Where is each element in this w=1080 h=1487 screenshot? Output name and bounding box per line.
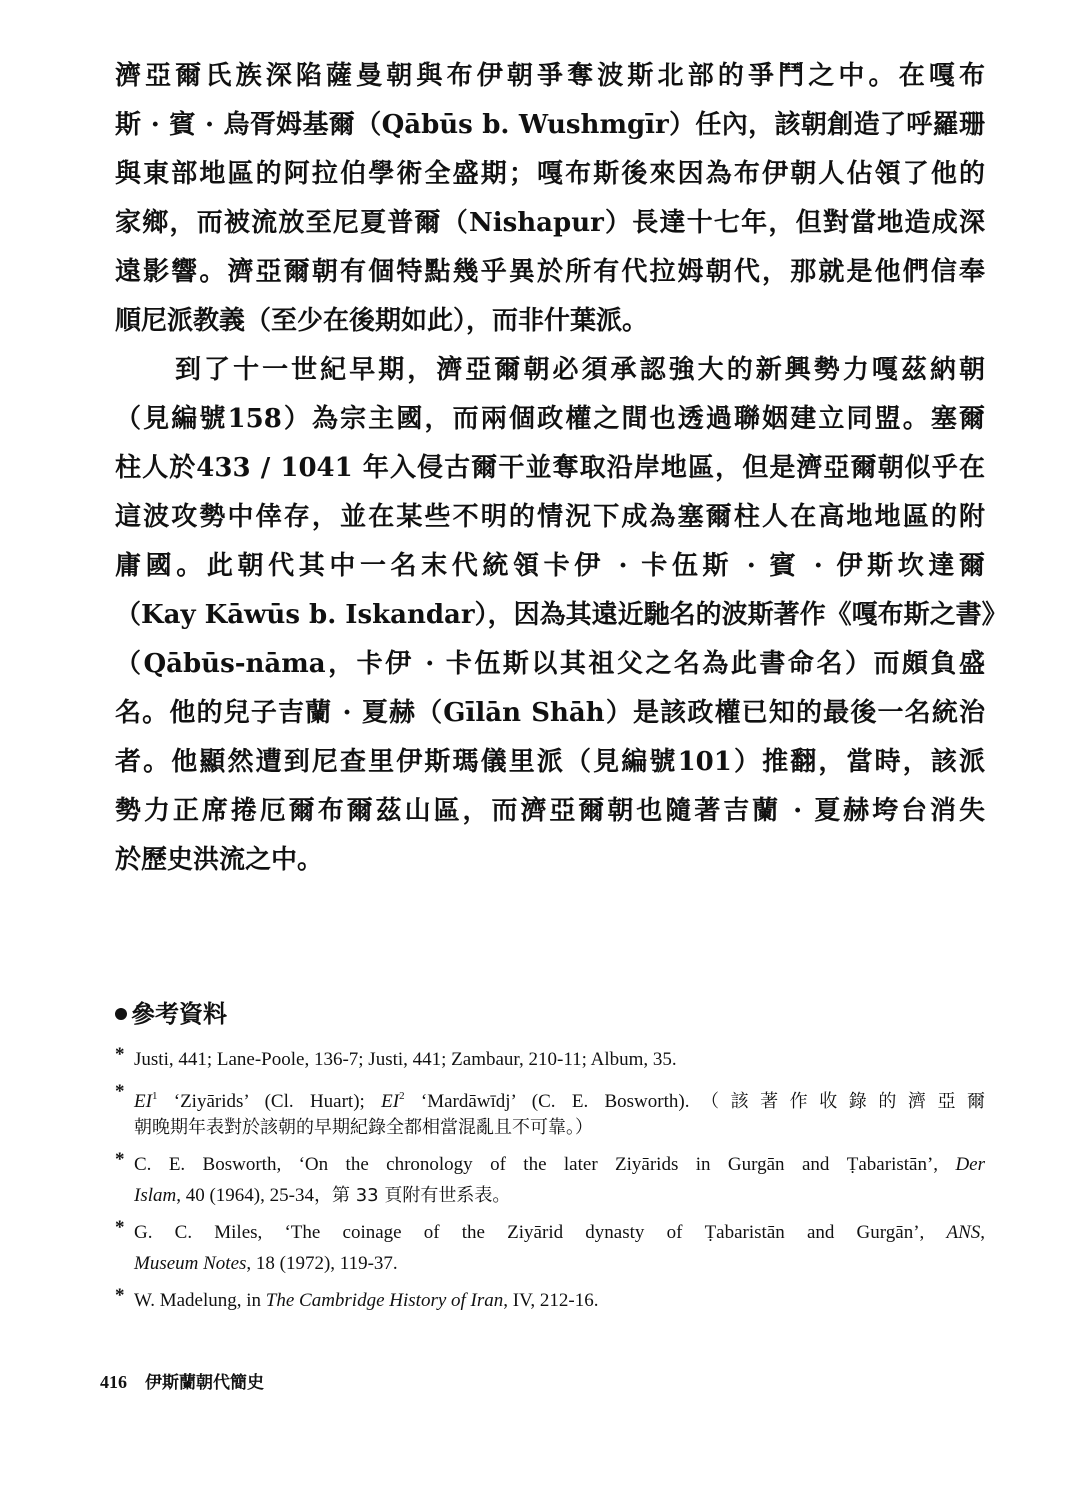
text-line: 到了十一世紀早期，濟亞爾朝必須承認強大的新興勢力嘎茲納朝 [115,346,985,395]
page-footer: 416伊斯蘭朝代簡史 [100,1368,264,1393]
ref-ei-abbrev: EI [134,1091,152,1112]
reference-item: * C. E. Bosworth, ‘On the chronology of … [115,1149,985,1211]
ref-journal: Museum Notes [134,1253,246,1274]
ref-text: , 40 (1964), 25-34 [176,1185,314,1206]
text-line: （Qābūs-nāma，卡伊 · 卡伍斯以其祖父之名為此書命名）而頗負盛 [115,640,985,689]
reference-line: Justi, 441; Lane-Poole, 136-7; Justi, 44… [134,1044,985,1075]
reference-line: W. Madelung, in The Cambridge History of… [134,1285,985,1316]
references-heading-label: 參考資料 [131,999,227,1028]
ref-journal: ANS [946,1222,980,1243]
page-number: 416 [100,1372,127,1392]
reference-item: * G. C. Miles, ‘The coinage of the Ziyār… [115,1217,985,1279]
text-line: 遠影響。濟亞爾朝有個特點幾乎異於所有代拉姆朝代，那就是他們信奉 [115,248,985,297]
text-line: 濟亞爾氏族深陷薩曼朝與布伊朝爭奪波斯北部的爭鬥之中。在嘎布 [115,52,985,101]
ref-text: , 18 (1972), 119-37. [246,1253,397,1274]
ref-journal: Der [955,1154,985,1175]
text-line: 順尼派教義（至少在後期如此），而非什葉派。 [115,297,985,346]
ref-text: ‘Ziyārids’ (Cl. Huart); [157,1091,381,1112]
asterisk-icon: * [115,1149,125,1171]
ref-text: , IV, 212-16. [503,1290,598,1311]
text-line: 名。他的兒子吉蘭 · 夏赫（Gīlān Shāh）是該政權已知的最後一名統治 [115,689,985,738]
ref-text: , [980,1222,985,1243]
text-line: 這波攻勢中倖存，並在某些不明的情況下成為塞爾柱人在高地地區的附 [115,493,985,542]
text-line: 與東部地區的阿拉伯學術全盛期；嘎布斯後來因為布伊朝人佔領了他的 [115,150,985,199]
ref-journal: Islam [134,1185,176,1206]
ref-text: C. E. Bosworth, ‘On the chronology of th… [134,1154,955,1175]
text-line: 家鄉，而被流放至尼夏普爾（Nishapur）長達十七年，但對當地造成深 [115,199,985,248]
reference-line: G. C. Miles, ‘The coinage of the Ziyārid… [134,1217,985,1248]
reference-item: * EI1 ‘Ziyārids’ (Cl. Huart); EI2 ‘Mardā… [115,1081,985,1143]
ref-book-title: The Cambridge History of Iran [266,1290,504,1311]
text-line: 勢力正席捲厄爾布爾茲山區，而濟亞爾朝也隨著吉蘭 · 夏赫垮台消失 [115,787,985,836]
asterisk-icon: * [115,1285,125,1307]
reference-item: * W. Madelung, in The Cambridge History … [115,1285,985,1316]
reference-item: * Justi, 441; Lane-Poole, 136-7; Justi, … [115,1044,985,1075]
text-line: 庸國。此朝代其中一名末代統領卡伊 · 卡伍斯 · 賓 · 伊斯坎達爾 [115,542,985,591]
book-title: 伊斯蘭朝代簡史 [145,1373,264,1393]
ref-note: （該著作收錄的濟亞爾 [689,1091,985,1112]
ref-text: W. Madelung, in [134,1290,266,1311]
text-line: 柱人於433 / 1041 年入侵古爾干並奪取沿岸地區，但是濟亞爾朝似乎在 [115,444,985,493]
reference-line: Islam, 40 (1964), 25-34，第 33 頁附有世系表。 [134,1180,985,1211]
text-line: （Kay Kāwūs b. Iskandar），因為其遠近馳名的波斯著作《嘎布斯… [115,591,985,640]
reference-line: C. E. Bosworth, ‘On the chronology of th… [134,1149,985,1180]
ref-note: ，第 33 頁附有世系表。 [314,1185,510,1206]
asterisk-icon: * [115,1217,125,1239]
paragraph-1: 濟亞爾氏族深陷薩曼朝與布伊朝爭奪波斯北部的爭鬥之中。在嘎布 斯 · 賓 · 烏胥… [115,52,985,346]
asterisk-icon: * [115,1044,125,1066]
reference-line: 朝晚期年表對於該朝的早期紀錄全都相當混亂且不可靠。） [134,1112,985,1143]
reference-line: Museum Notes, 18 (1972), 119-37. [134,1248,985,1279]
references-heading: 參考資料 [115,994,227,1034]
paragraph-2: 到了十一世紀早期，濟亞爾朝必須承認強大的新興勢力嘎茲納朝 （見編號158）為宗主… [115,346,985,885]
bullet-icon [115,1008,127,1020]
references-list: * Justi, 441; Lane-Poole, 136-7; Justi, … [115,1044,985,1322]
asterisk-icon: * [115,1081,125,1103]
text-line: （見編號158）為宗主國，而兩個政權之間也透過聯姻建立同盟。塞爾 [115,395,985,444]
reference-line: EI1 ‘Ziyārids’ (Cl. Huart); EI2 ‘Mardāwī… [134,1081,985,1112]
ref-ei-abbrev: EI [381,1091,399,1112]
body-text: 濟亞爾氏族深陷薩曼朝與布伊朝爭奪波斯北部的爭鬥之中。在嘎布 斯 · 賓 · 烏胥… [115,52,985,885]
ref-text: G. C. Miles, ‘The coinage of the Ziyārid… [134,1222,946,1243]
text-line: 斯 · 賓 · 烏胥姆基爾（Qābūs b. Wushmgīr）任內，該朝創造了… [115,101,985,150]
text-line: 於歷史洪流之中。 [115,836,985,885]
ref-note: 朝晚期年表對於該朝的早期紀錄全都相當混亂且不可靠。） [134,1117,593,1138]
text-line: 者。他顯然遭到尼查里伊斯瑪儀里派（見編號101）推翻，當時，該派 [115,738,985,787]
ref-text: ‘Mardāwīdj’ (C. E. Bosworth). [405,1091,690,1112]
book-page: 濟亞爾氏族深陷薩曼朝與布伊朝爭奪波斯北部的爭鬥之中。在嘎布 斯 · 賓 · 烏胥… [0,0,1080,1487]
